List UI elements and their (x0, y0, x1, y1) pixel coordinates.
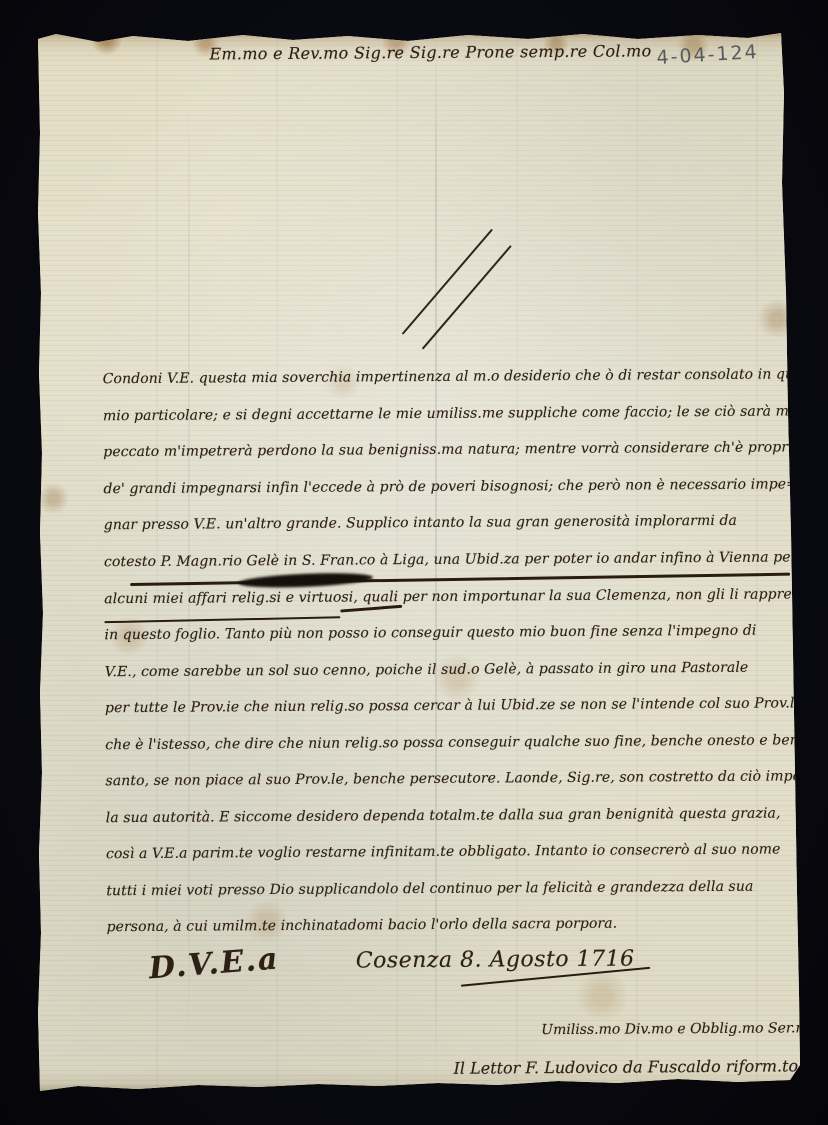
signature-line: Il Lettor F. Ludovico da Fuscaldo riform… (453, 1056, 798, 1077)
place-date: Cosenza 8. Agosto 1716 (356, 947, 635, 974)
body-line: persona, à cui umilm.te inchinatadomi ba… (106, 916, 617, 936)
body-line: V.E., come sarebbe un sol suo cenno, poi… (105, 660, 749, 680)
letter-paper: Em.mo e Rev.mo Sig.re Sig.re Prone semp.… (38, 33, 800, 1091)
body-line: Condoni V.E. questa mia soverchia impert… (103, 366, 824, 387)
body-line: de' grandi impegnarsi infin l'eccede à p… (103, 476, 798, 497)
body-line: gnar presso V.E. un'altro grande. Suppli… (104, 513, 737, 533)
body-line-underlined: alcuni miei affari relig.si e virtuosi, … (104, 586, 828, 607)
scan-background: Em.mo e Rev.mo Sig.re Sig.re Prone semp.… (0, 0, 828, 1125)
strikethrough-stroke (340, 605, 402, 613)
body-line: la sua autorità. E siccome desidero depe… (106, 805, 781, 826)
body-line: peccato m'impetrerà perdono la sua benig… (103, 439, 801, 460)
signature-line: Umiliss.mo Div.mo e Obblig.mo Ser.re (541, 1020, 810, 1038)
underline-stroke (130, 573, 790, 586)
ink-blot (238, 571, 373, 590)
body-line: così a V.E.a parim.te voglio restarne in… (106, 841, 781, 862)
body-line: tutti i miei voti presso Dio supplicando… (106, 879, 753, 900)
body-line-underlined: cotesto P. Magn.rio Gelè in S. Fran.co à… (104, 549, 798, 570)
body-line: mio particolare; e si degni accettarne l… (103, 403, 802, 424)
body-line: in questo foglio. Tanto più non posso io… (104, 623, 756, 644)
underline-stroke (104, 616, 340, 623)
body-line: santo, se non piace al suo Prov.le, benc… (105, 768, 828, 789)
letter-salutation: Em.mo e Rev.mo Sig.re Sig.re Prone semp.… (209, 41, 651, 63)
body-line: che è l'istesso, che dire che niun relig… (105, 732, 807, 753)
valediction-monogram: D.V.E.a (148, 941, 281, 986)
archival-number: 4-04-124 (656, 41, 759, 69)
body-line: per tutte le Prov.ie che niun relig.so p… (105, 695, 803, 716)
letter-content: Em.mo e Rev.mo Sig.re Sig.re Prone semp.… (34, 30, 803, 1093)
